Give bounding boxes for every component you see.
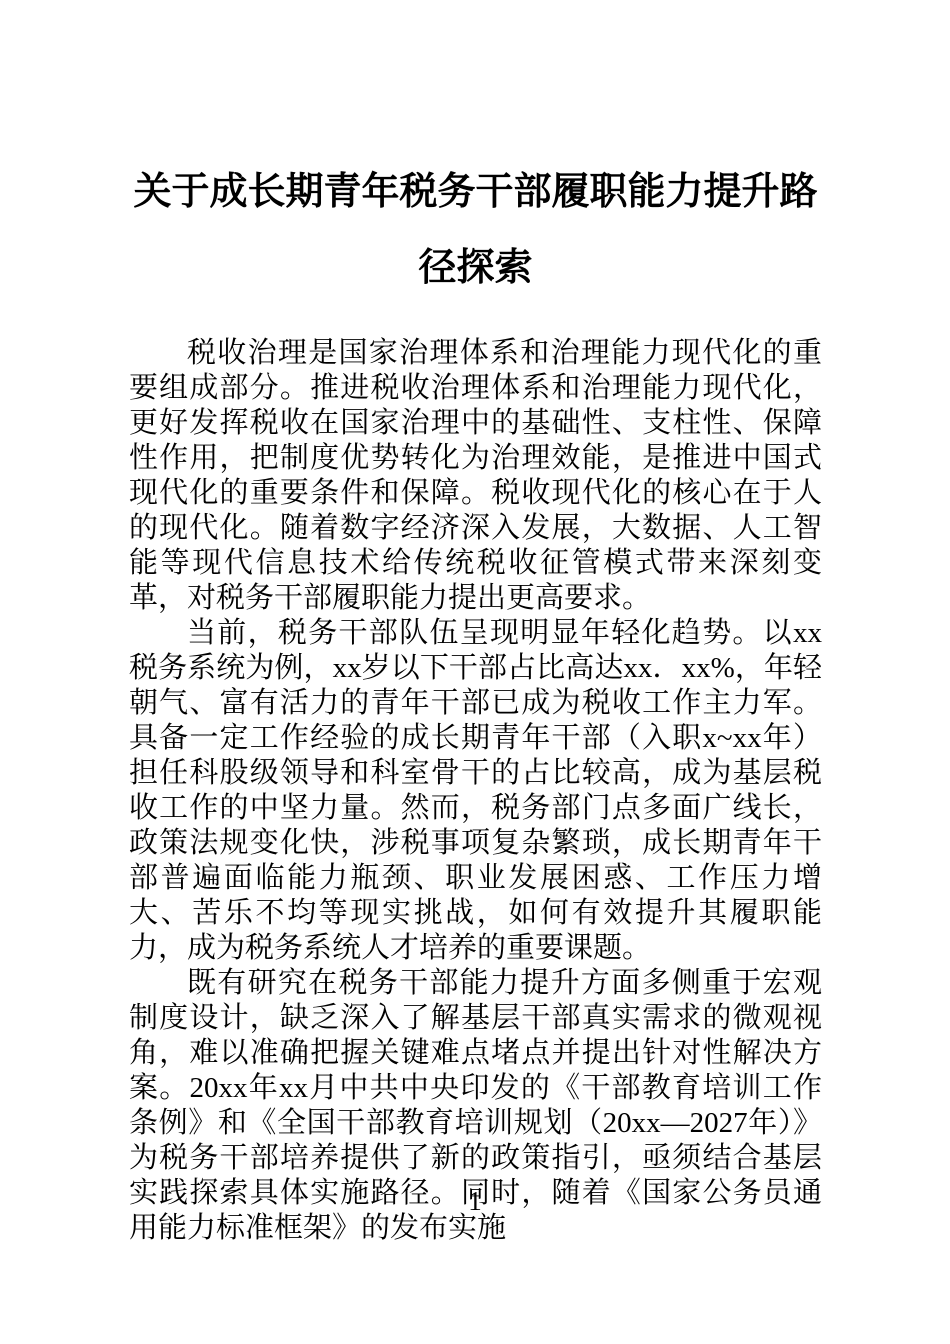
document-content: 关于成长期青年税务干部履职能力提升路径探索 税收治理是国家治理体系和治理能力现代… (129, 154, 822, 1246)
paragraph-current-situation: 当前，税务干部队伍呈现明显年轻化趋势。以xx税务系统为例，xx岁以下干部占比高达… (129, 616, 822, 966)
document-body: 税收治理是国家治理体系和治理能力现代化的重要组成部分。推进税收治理体系和治理能力… (129, 336, 822, 1246)
page-number: 1 (0, 1185, 950, 1217)
document-page: 关于成长期青年税务干部履职能力提升路径探索 税收治理是国家治理体系和治理能力现代… (0, 0, 950, 1344)
document-title: 关于成长期青年税务干部履职能力提升路径探索 (129, 154, 822, 306)
paragraph-intro: 税收治理是国家治理体系和治理能力现代化的重要组成部分。推进税收治理体系和治理能力… (129, 336, 822, 616)
